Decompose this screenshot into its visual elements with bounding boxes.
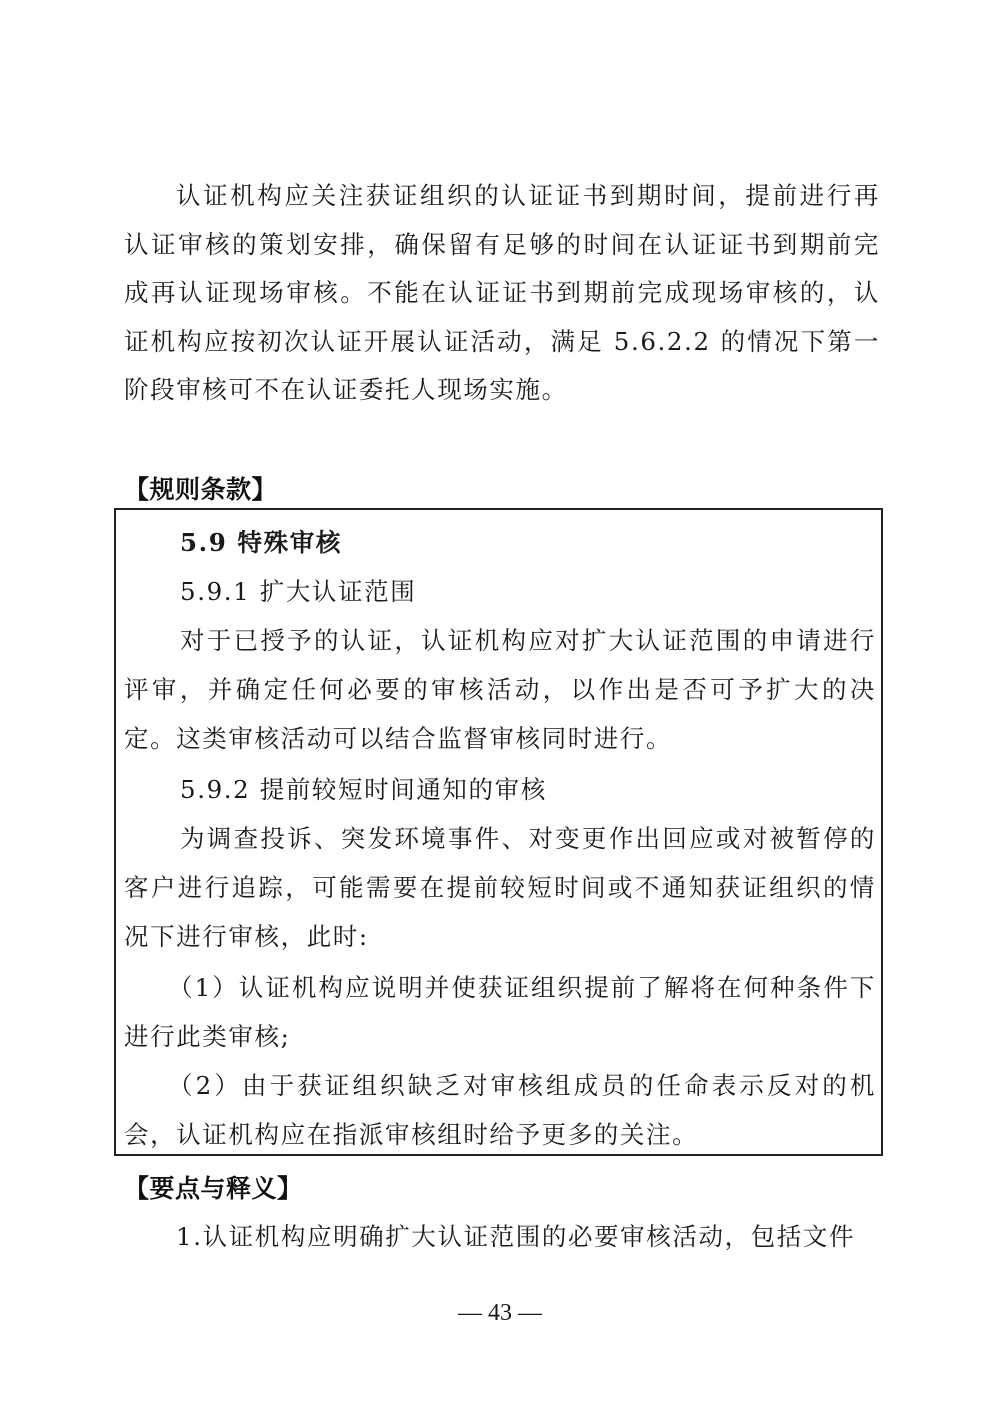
subclause-2-title: 5.9.2 提前较短时间通知的审核 — [180, 765, 870, 814]
page-number: — 43 — — [0, 1298, 1000, 1328]
rules-clause-box: 5.9 特殊审核 5.9.1 扩大认证范围 对于已授予的认证，认证机构应对扩大认… — [114, 508, 883, 1156]
subclause-2-item-2: （2）由于获证组织缺乏对审核组成员的任命表示反对的机会，认证机构应在指派审核组时… — [124, 1061, 876, 1159]
document-page: 认证机构应关注获证组织的认证证书到期时间，提前进行再认证审核的策划安排，确保留有… — [0, 0, 1000, 1414]
subclause-1-body: 对于已授予的认证，认证机构应对扩大认证范围的申请进行评审，并确定任何必要的审核活… — [124, 616, 876, 763]
subclause-1-title: 5.9.1 扩大认证范围 — [180, 567, 870, 616]
key-point-1: 1.认证机构应明确扩大认证范围的必要审核活动，包括文件 — [124, 1213, 880, 1262]
intro-paragraph: 认证机构应关注获证组织的认证证书到期时间，提前进行再认证审核的策划安排，确保留有… — [124, 172, 880, 415]
subclause-2-item-1: （1）认证机构应说明并使获证组织提前了解将在何种条件下进行此类审核; — [124, 963, 876, 1061]
rules-section-heading: 【规则条款】 — [124, 473, 277, 507]
subclause-2-body: 为调查投诉、突发环境事件、对变更作出回应或对被暂停的客户进行追踪，可能需要在提前… — [124, 814, 876, 961]
clause-title: 5.9 特殊审核 — [180, 518, 870, 567]
key-points-section-heading: 【要点与释义】 — [124, 1172, 303, 1206]
